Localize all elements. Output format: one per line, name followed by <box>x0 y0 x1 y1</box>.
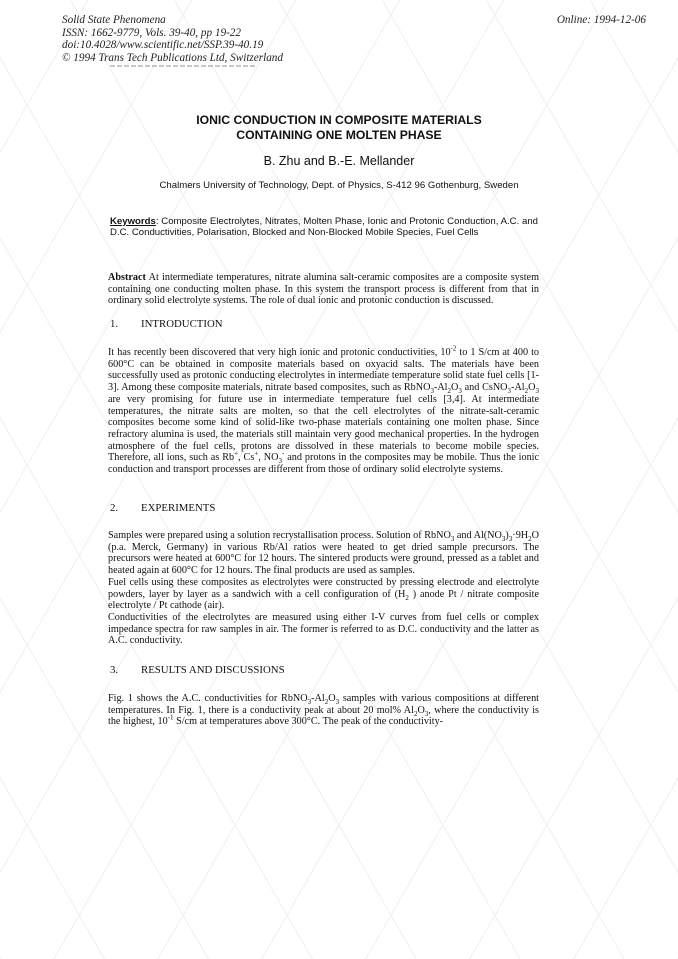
keywords: Keywords: Composite Electrolytes, Nitrat… <box>110 216 538 238</box>
section-number: 3. <box>110 664 141 676</box>
abstract-text: At intermediate temperatures, nitrate al… <box>108 272 539 306</box>
abstract: Abstract At intermediate temperatures, n… <box>108 272 539 307</box>
section-title: INTRODUCTION <box>141 318 223 330</box>
affiliation: Chalmers University of Technology, Dept.… <box>0 180 678 191</box>
experiments-paragraph: Samples were prepared using a solution r… <box>108 530 539 647</box>
doi-line: doi:10.4028/www.scientific.net/SSP.39-40… <box>62 39 283 52</box>
paper-page: Solid State Phenomena ISSN: 1662-9779, V… <box>0 0 678 959</box>
section-number: 2. <box>110 502 141 514</box>
title-line-1: IONIC CONDUCTION IN COMPOSITE MATERIALS <box>0 113 678 128</box>
faint-scan-line <box>110 65 256 67</box>
issn-line: ISSN: 1662-9779, Vols. 39-40, pp 19-22 <box>62 27 283 40</box>
watermark-pattern <box>0 0 678 959</box>
title-line-2: CONTAINING ONE MOLTEN PHASE <box>0 128 678 143</box>
section-title: RESULTS AND DISCUSSIONS <box>141 664 285 676</box>
keywords-label: Keywords <box>110 216 156 227</box>
abstract-label: Abstract <box>108 272 146 283</box>
section-number: 1. <box>110 318 141 330</box>
section-title: EXPERIMENTS <box>141 502 215 514</box>
copyright-line: © 1994 Trans Tech Publications Ltd, Swit… <box>62 52 283 65</box>
section-heading-experiments: 2.EXPERIMENTS <box>110 502 215 514</box>
introduction-paragraph: It has recently been discovered that ver… <box>108 347 539 476</box>
online-date: Online: 1994-12-06 <box>557 14 646 26</box>
section-heading-results: 3.RESULTS AND DISCUSSIONS <box>110 664 285 676</box>
authors: B. Zhu and B.-E. Mellander <box>0 154 678 168</box>
keywords-text: : Composite Electrolytes, Nitrates, Molt… <box>110 216 538 238</box>
journal-name: Solid State Phenomena <box>62 14 283 27</box>
section-heading-introduction: 1.INTRODUCTION <box>110 318 223 330</box>
journal-metadata: Solid State Phenomena ISSN: 1662-9779, V… <box>62 14 283 64</box>
results-paragraph: Fig. 1 shows the A.C. conductivities for… <box>108 693 539 728</box>
paper-title: IONIC CONDUCTION IN COMPOSITE MATERIALS … <box>0 113 678 143</box>
